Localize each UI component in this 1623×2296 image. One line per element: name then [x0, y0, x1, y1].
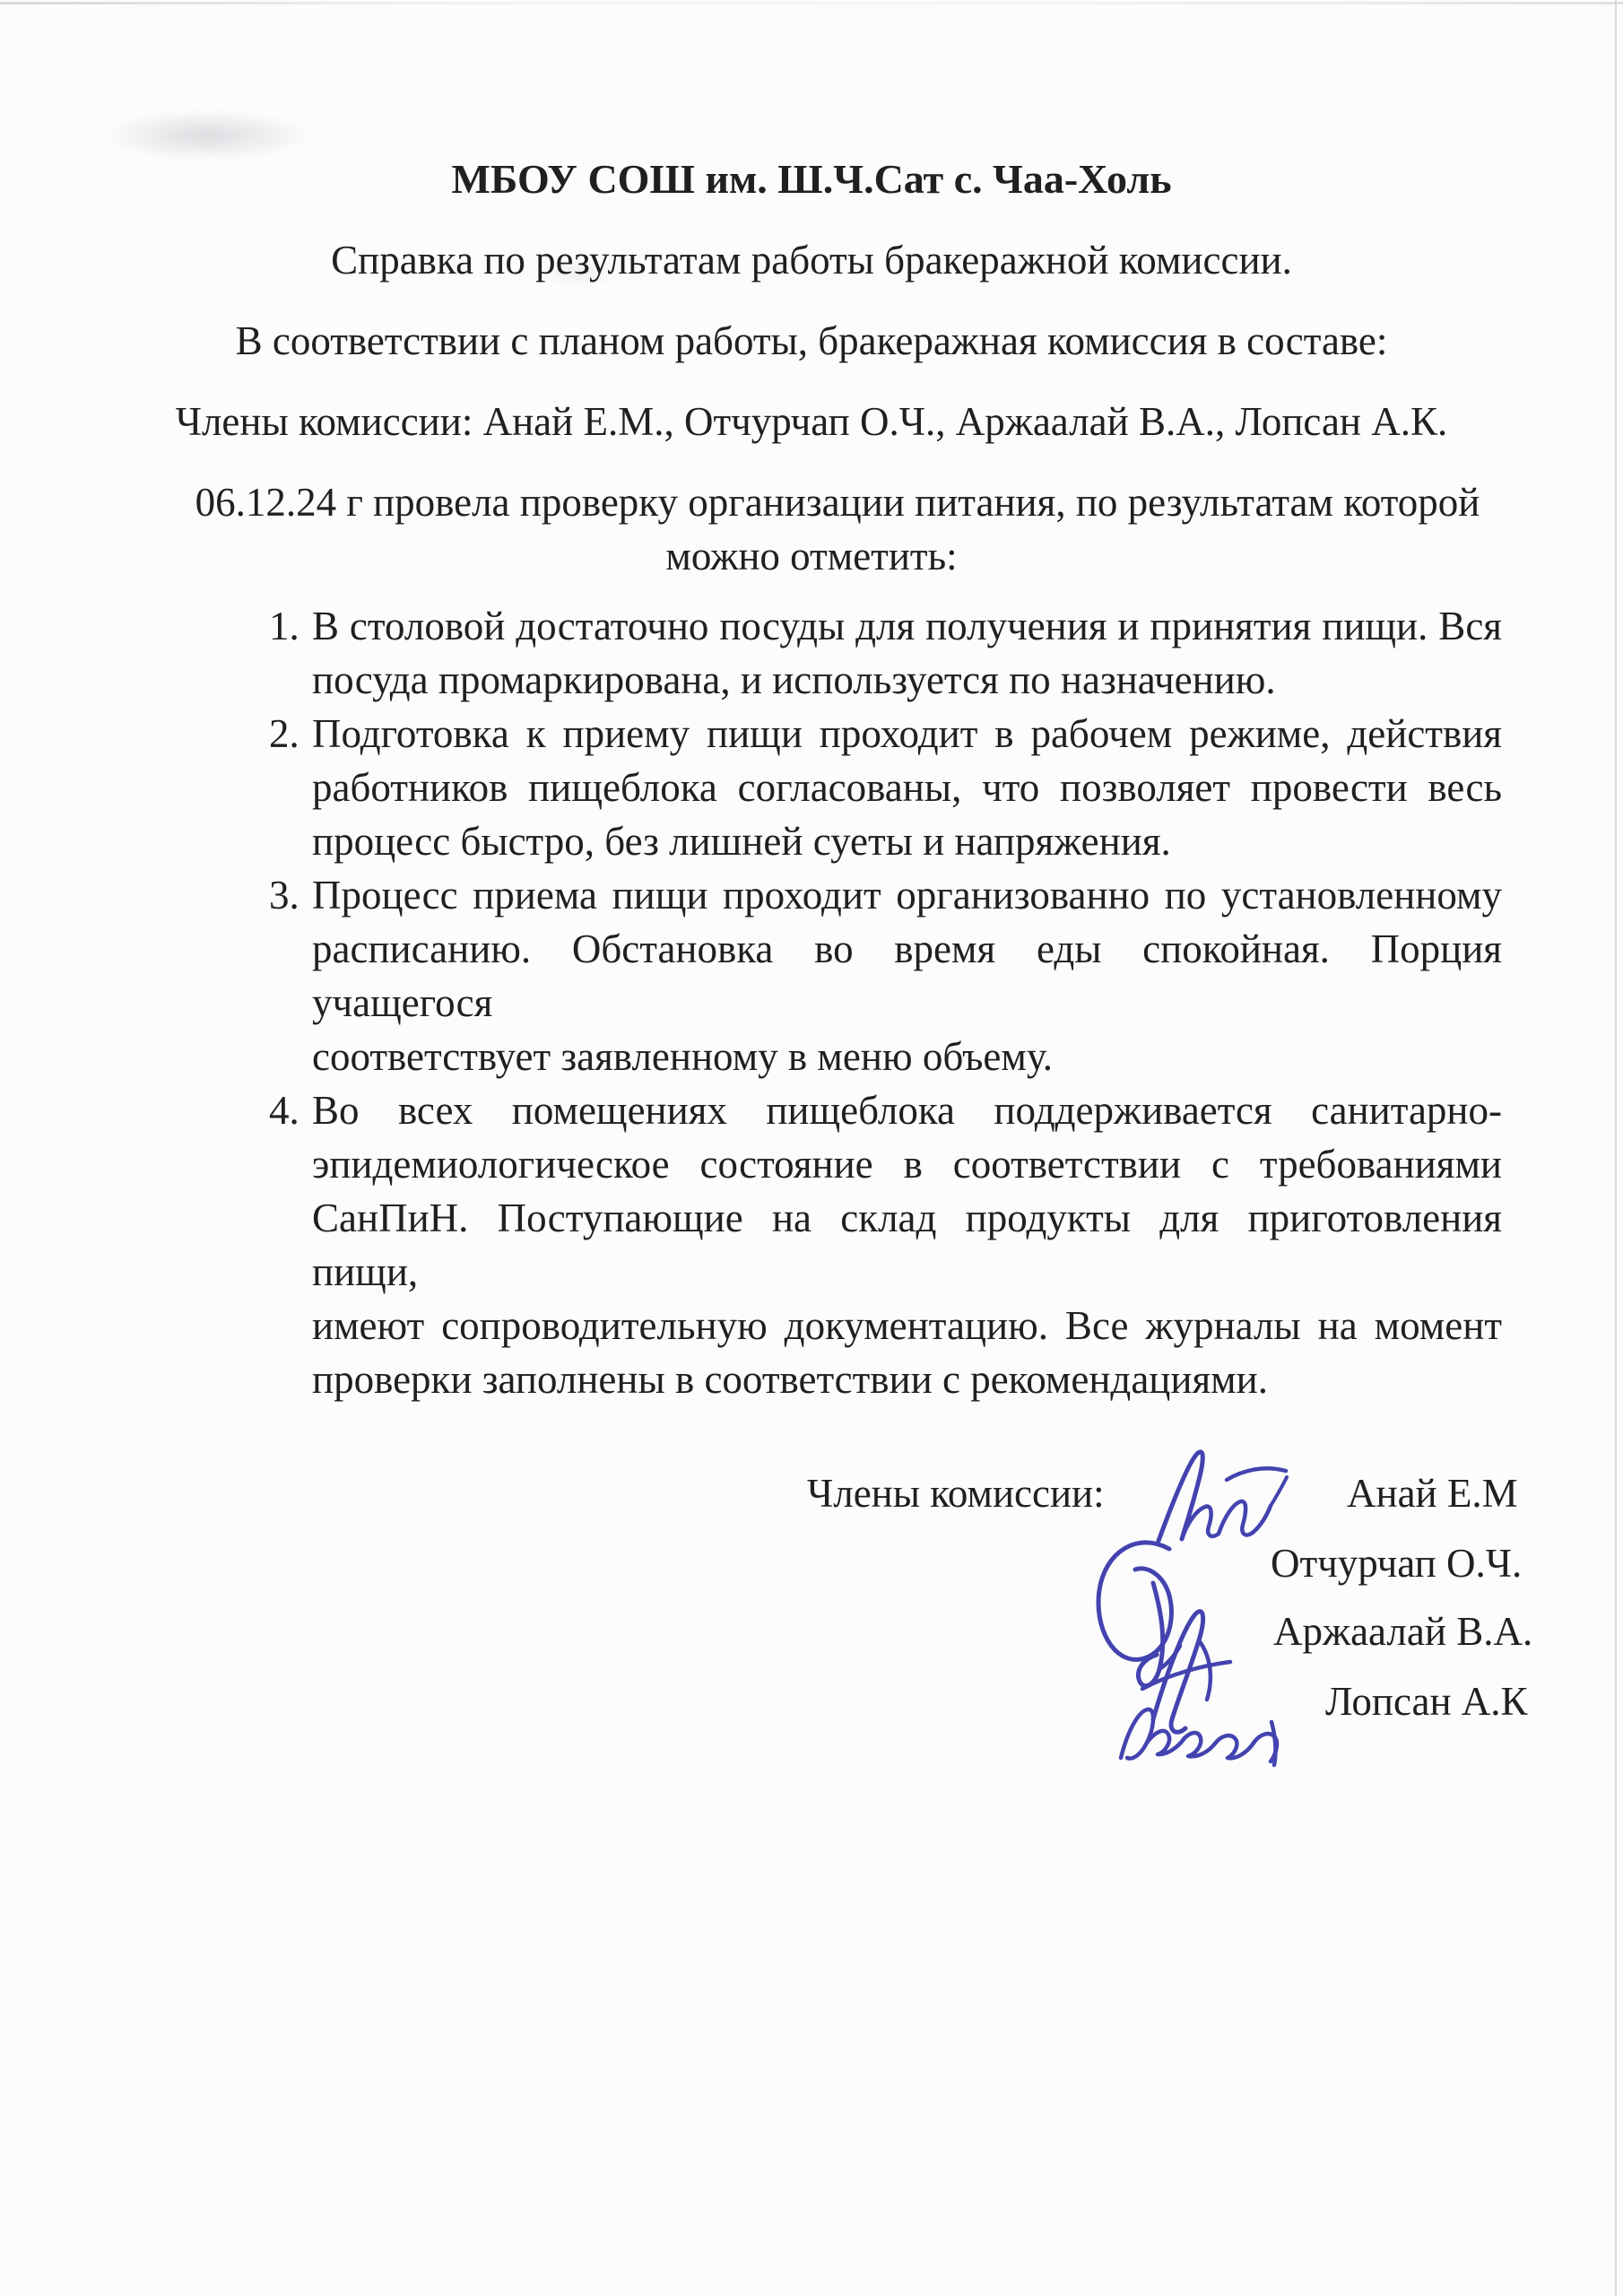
finding-line: Во всех помещениях пищеблока поддерживае…	[312, 1083, 1502, 1137]
finding-item: 1. В столовой достаточно посуды для полу…	[312, 599, 1502, 707]
signature-member-name: Аржаалай В.А.	[1273, 1605, 1532, 1658]
finding-line: имеют сопроводительную документацию. Все…	[312, 1299, 1502, 1352]
intro-paragraph-date: 06.12.24 г провела проверку организации …	[52, 475, 1623, 529]
finding-line: работников пищеблока согласованы, что по…	[312, 761, 1502, 814]
finding-number: 3.	[269, 868, 299, 922]
finding-line: Процесс приема пищи проходит организован…	[312, 868, 1502, 922]
intro-paragraph-composition: В соответствии с планом работы, бракераж…	[0, 314, 1623, 368]
finding-line: Подготовка к приему пищи проходит в рабо…	[312, 707, 1502, 761]
intro-paragraph-date-continued: можно отметить:	[0, 529, 1623, 583]
signature-member-name: Отчурчап О.Ч.	[1271, 1536, 1522, 1590]
finding-number: 1.	[269, 599, 299, 653]
document-title: МБОУ СОШ им. Ш.Ч.Сат с. Чаа-Холь	[0, 152, 1623, 206]
finding-number: 2.	[269, 707, 299, 761]
finding-line: эпидемиологическое состояние в соответст…	[312, 1137, 1502, 1191]
finding-line: процесс быстро, без лишней суеты и напря…	[312, 814, 1502, 868]
finding-line: соответствует заявленному в меню объему.	[312, 1030, 1502, 1083]
document-subtitle: Справка по результатам работы бракеражно…	[0, 233, 1623, 287]
signature-lopsan-icon	[1112, 1679, 1305, 1778]
findings-list: 1. В столовой достаточно посуды для полу…	[312, 599, 1502, 1406]
finding-item: 3. Процесс приема пищи проходит организо…	[312, 868, 1502, 1083]
finding-line: СанПиН. Поступающие на склад продукты дл…	[312, 1191, 1502, 1299]
finding-line: проверки заполнены в соответствии с реко…	[312, 1352, 1502, 1406]
scanned-document-page: МБОУ СОШ им. Ш.Ч.Сат с. Чаа-Холь Справка…	[0, 0, 1623, 2296]
signatures-block: Члены комиссии:	[0, 1440, 1623, 1826]
document-content: МБОУ СОШ им. Ш.Ч.Сат с. Чаа-Холь Справка…	[0, 0, 1623, 1826]
finding-number: 4.	[269, 1083, 299, 1137]
finding-line: посуда промаркирована, и используется по…	[312, 653, 1502, 707]
finding-line: В столовой достаточно посуды для получен…	[312, 599, 1502, 653]
signature-member-name: Лопсан А.К	[1325, 1674, 1528, 1728]
finding-item: 4. Во всех помещениях пищеблока поддержи…	[312, 1083, 1502, 1406]
signatures-label: Члены комиссии:	[807, 1466, 1105, 1520]
finding-item: 2. Подготовка к приему пищи проходит в р…	[312, 707, 1502, 868]
finding-line: расписанию. Обстановка во время еды спок…	[312, 922, 1502, 1030]
signature-member-name: Анай Е.М	[1347, 1466, 1518, 1520]
intro-paragraph-members: Члены комиссии: Анай Е.М., Отчурчап О.Ч.…	[0, 395, 1623, 448]
